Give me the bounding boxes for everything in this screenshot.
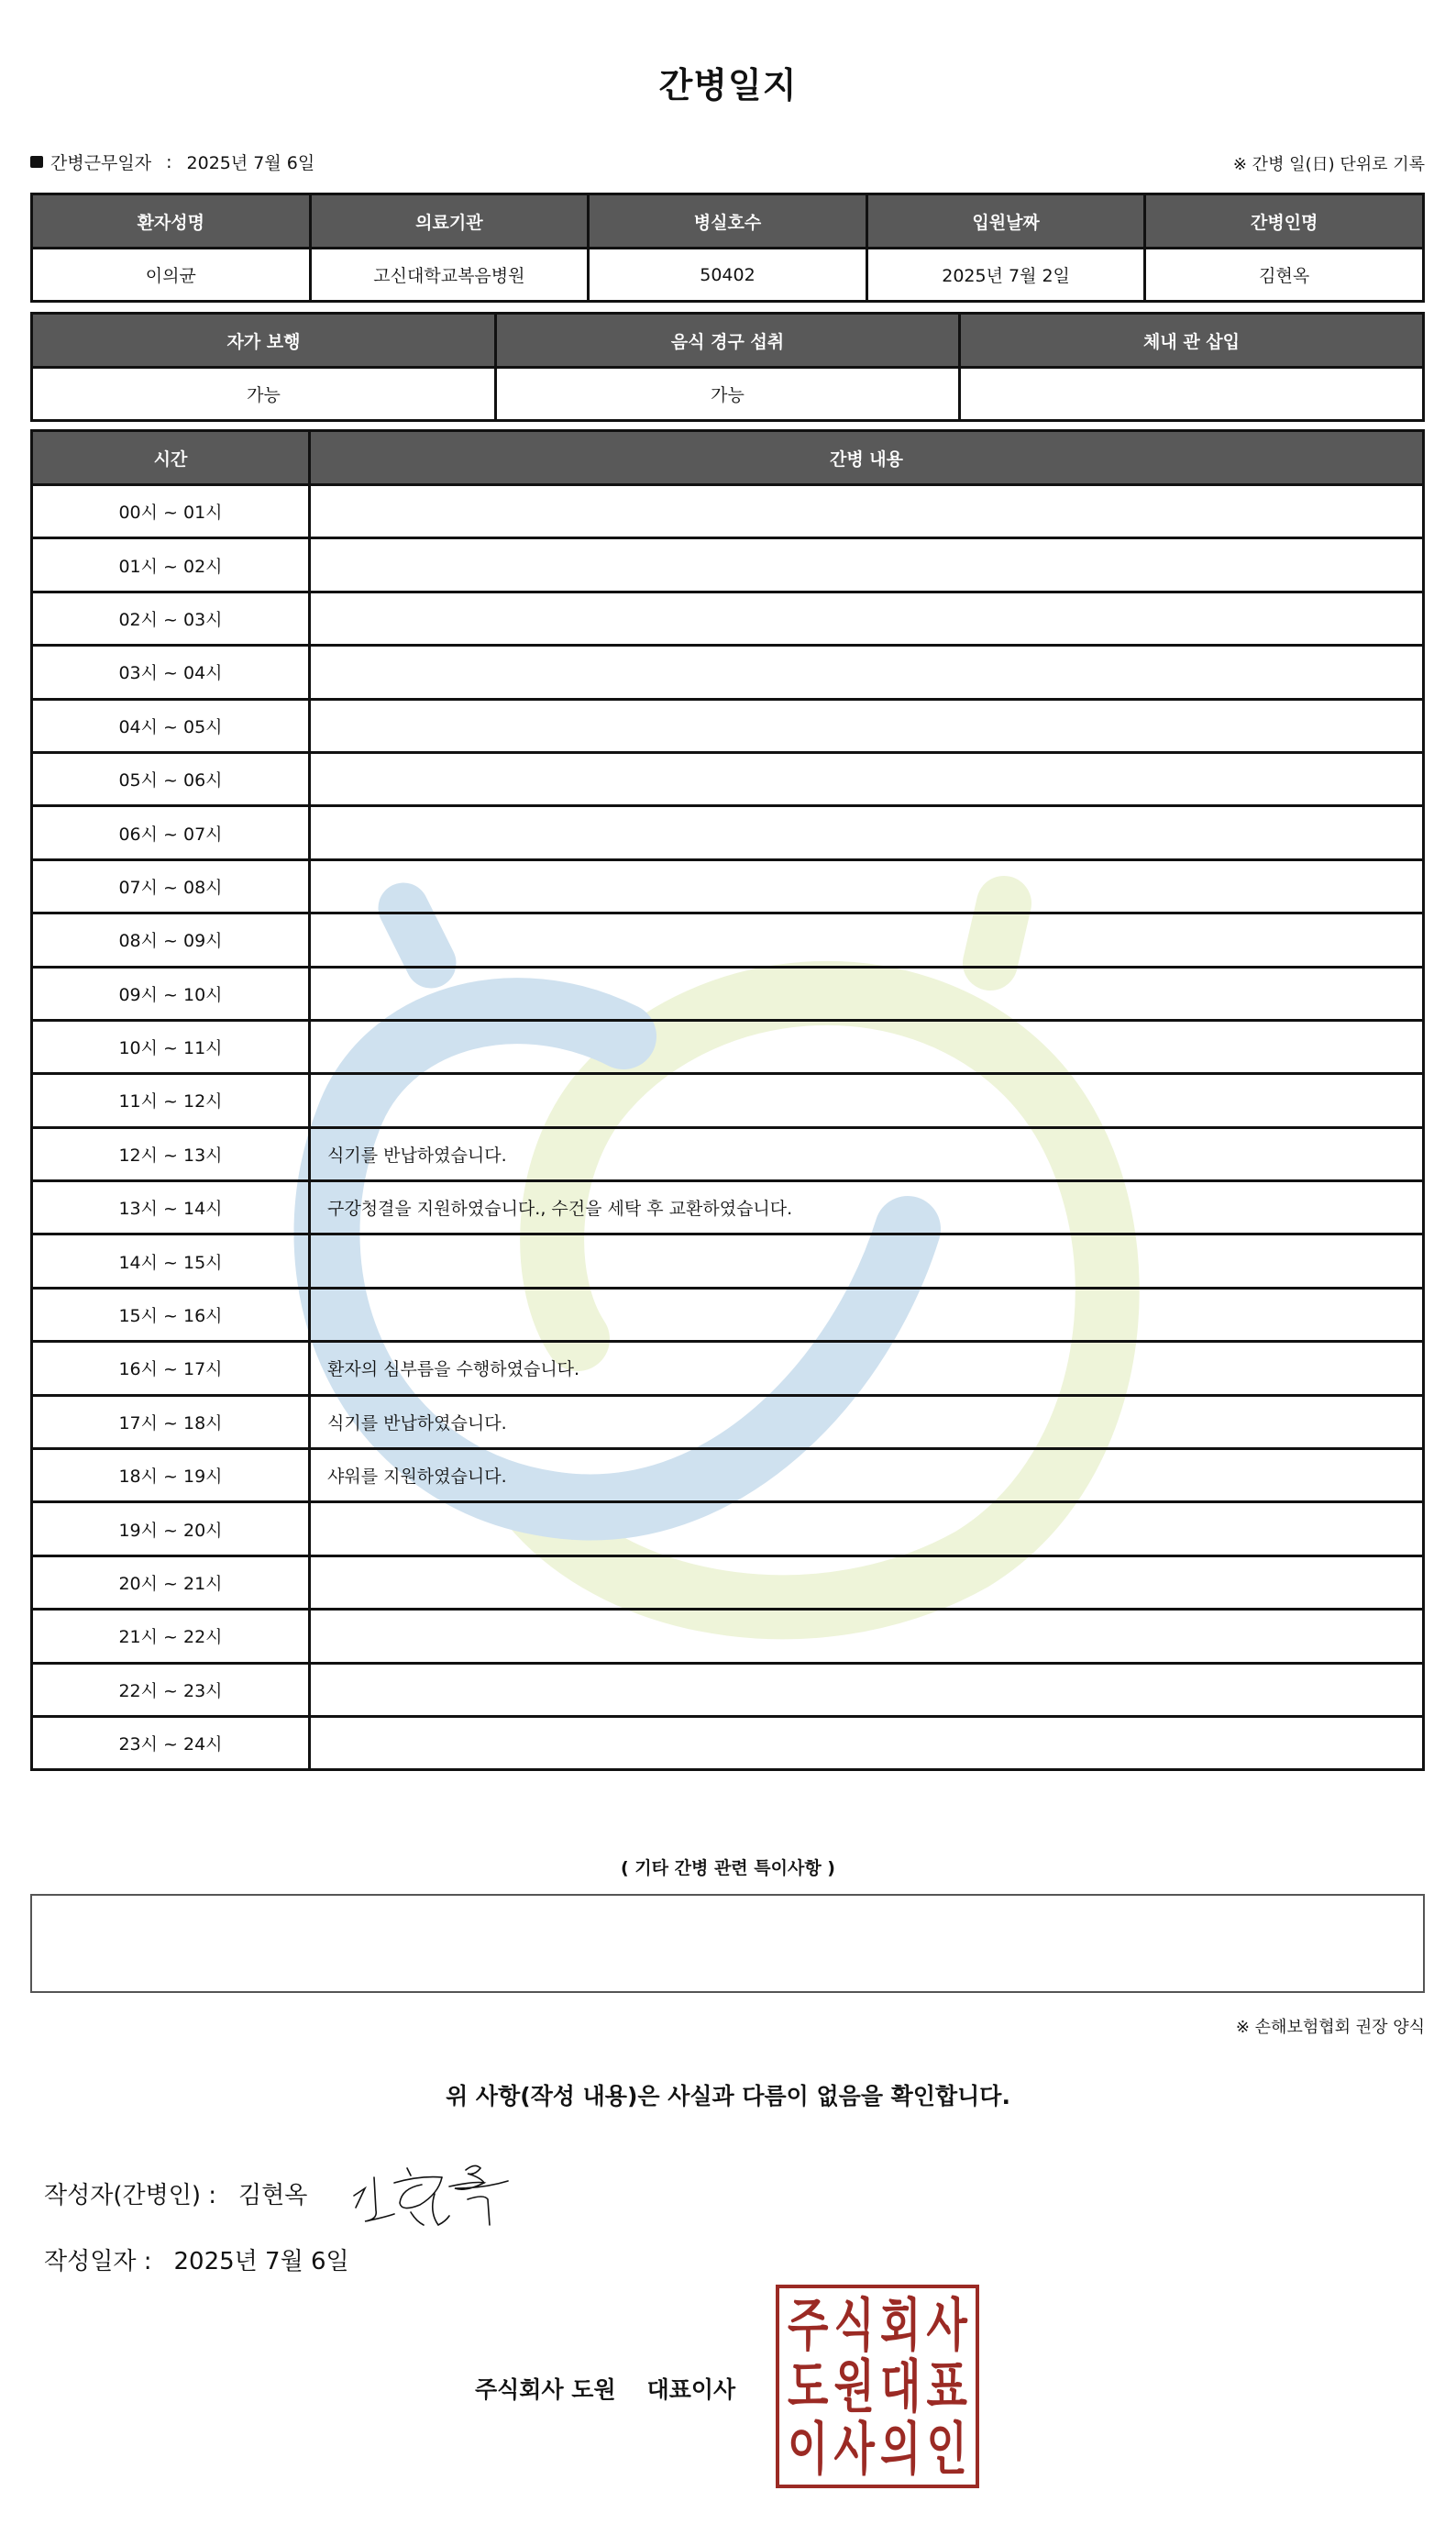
care-log-row: 09시 ~ 10시 <box>32 967 1424 1020</box>
time-slot: 19시 ~ 20시 <box>32 1502 310 1555</box>
care-log-header-row: 시간 간병 내용 <box>32 431 1424 485</box>
other-notes-field[interactable] <box>30 1894 1425 1993</box>
time-slot: 17시 ~ 18시 <box>32 1395 310 1448</box>
seal-characters: 주식회사도원대표이사의인 <box>785 2294 970 2479</box>
care-content-cell[interactable] <box>310 859 1424 913</box>
writer-label: 작성자(간병인) : <box>44 2182 216 2209</box>
time-slot: 02시 ~ 03시 <box>32 592 310 645</box>
form-source-note: ※ 손해보험협회 권장 양식 <box>1236 2014 1425 2038</box>
care-content-cell[interactable] <box>310 1663 1424 1716</box>
patient-status-header-row: 자가 보행음식 경구 섭취체내 관 삽입 <box>32 314 1424 368</box>
care-log-row: 03시 ~ 04시 <box>32 646 1424 699</box>
care-log-row: 23시 ~ 24시 <box>32 1716 1424 1769</box>
work-date: 간병근무일자 : 2025년 7월 6일 <box>30 149 314 174</box>
square-bullet-icon <box>30 156 43 168</box>
time-slot: 21시 ~ 22시 <box>32 1610 310 1663</box>
care-content-cell[interactable]: 구강청결을 지원하였습니다., 수건을 세탁 후 교환하였습니다. <box>310 1181 1424 1234</box>
care-content-cell[interactable] <box>310 592 1424 645</box>
hourly-care-log-table: 시간 간병 내용 00시 ~ 01시01시 ~ 02시02시 ~ 03시03시 … <box>30 429 1425 1771</box>
patient-status-header: 음식 경구 섭취 <box>496 314 960 368</box>
care-content-cell[interactable] <box>310 806 1424 859</box>
patient-info-header: 환자성명 <box>32 194 311 249</box>
other-notes-label: ( 기타 간병 관련 특이사항 ) <box>0 1854 1456 1879</box>
care-log-row: 16시 ~ 17시환자의 심부름을 수행하였습니다. <box>32 1342 1424 1395</box>
care-content-cell[interactable] <box>310 646 1424 699</box>
time-slot: 22시 ~ 23시 <box>32 1663 310 1716</box>
care-content-cell[interactable] <box>310 913 1424 967</box>
time-slot: 15시 ~ 16시 <box>32 1288 310 1341</box>
care-log-row: 05시 ~ 06시 <box>32 752 1424 805</box>
care-log-row: 15시 ~ 16시 <box>32 1288 1424 1341</box>
care-log-row: 13시 ~ 14시구강청결을 지원하였습니다., 수건을 세탁 후 교환하였습니… <box>32 1181 1424 1234</box>
patient-status-table: 자가 보행음식 경구 섭취체내 관 삽입 가능가능 <box>30 312 1425 422</box>
patient-info-value-row: 이의균고신대학교복음병원504022025년 7월 2일김현옥 <box>32 249 1424 302</box>
company-signatory: 주식회사 도원대표이사 <box>475 2372 735 2405</box>
care-content-cell[interactable] <box>310 1020 1424 1073</box>
care-log-row: 04시 ~ 05시 <box>32 699 1424 752</box>
care-content-cell[interactable] <box>310 1234 1424 1288</box>
work-date-label: 간병근무일자 <box>50 149 151 174</box>
patient-info-header: 입원날짜 <box>866 194 1145 249</box>
writer-line: 작성자(간병인) :김현옥 <box>44 2176 307 2210</box>
care-log-row: 06시 ~ 07시 <box>32 806 1424 859</box>
writer-name: 김현옥 <box>238 2182 307 2209</box>
time-slot: 03시 ~ 04시 <box>32 646 310 699</box>
care-content-cell[interactable] <box>310 1288 1424 1341</box>
company-seal-stamp: 주식회사도원대표이사의인 <box>776 2285 979 2488</box>
daily-record-note: ※ 간병 일(日) 단위로 기록 <box>1233 151 1425 175</box>
time-slot: 06시 ~ 07시 <box>32 806 310 859</box>
care-content-cell[interactable] <box>310 1074 1424 1127</box>
care-log-row: 07시 ~ 08시 <box>32 859 1424 913</box>
time-column-header: 시간 <box>32 431 310 485</box>
patient-status-value <box>960 368 1424 421</box>
care-content-cell[interactable] <box>310 1610 1424 1663</box>
care-log-row: 22시 ~ 23시 <box>32 1663 1424 1716</box>
care-log-row: 20시 ~ 21시 <box>32 1555 1424 1609</box>
care-content-cell[interactable]: 식기를 반납하였습니다. <box>310 1127 1424 1180</box>
page-title: 간병일지 <box>0 57 1456 107</box>
patient-status-value: 가능 <box>32 368 496 421</box>
care-content-cell[interactable] <box>310 1716 1424 1769</box>
time-slot: 04시 ~ 05시 <box>32 699 310 752</box>
handwritten-signature-icon <box>347 2157 513 2231</box>
patient-info-header: 의료기관 <box>310 194 589 249</box>
time-slot: 16시 ~ 17시 <box>32 1342 310 1395</box>
time-slot: 09시 ~ 10시 <box>32 967 310 1020</box>
care-content-cell[interactable] <box>310 967 1424 1020</box>
seal-character: 사 <box>832 2407 878 2490</box>
care-log-row: 18시 ~ 19시샤워를 지원하였습니다. <box>32 1449 1424 1502</box>
care-content-cell[interactable]: 환자의 심부름을 수행하였습니다. <box>310 1342 1424 1395</box>
time-slot: 18시 ~ 19시 <box>32 1449 310 1502</box>
care-content-cell[interactable] <box>310 699 1424 752</box>
patient-info-value: 김현옥 <box>1145 249 1424 302</box>
patient-info-value: 50402 <box>589 249 867 302</box>
work-date-value: 2025년 7월 6일 <box>187 149 315 174</box>
patient-info-header-row: 환자성명의료기관병실호수입원날짜간병인명 <box>32 194 1424 249</box>
care-log-row: 01시 ~ 02시 <box>32 538 1424 592</box>
work-date-separator: : <box>166 152 171 172</box>
care-content-cell[interactable] <box>310 1502 1424 1555</box>
patient-status-header: 자가 보행 <box>32 314 496 368</box>
care-content-cell[interactable] <box>310 1555 1424 1609</box>
care-log-row: 08시 ~ 09시 <box>32 913 1424 967</box>
care-content-cell[interactable]: 샤워를 지원하였습니다. <box>310 1449 1424 1502</box>
patient-info-value: 고신대학교복음병원 <box>310 249 589 302</box>
time-slot: 11시 ~ 12시 <box>32 1074 310 1127</box>
care-log-row: 12시 ~ 13시식기를 반납하였습니다. <box>32 1127 1424 1180</box>
patient-info-value: 이의균 <box>32 249 311 302</box>
time-slot: 01시 ~ 02시 <box>32 538 310 592</box>
patient-status-value: 가능 <box>496 368 960 421</box>
care-log-row: 21시 ~ 22시 <box>32 1610 1424 1663</box>
time-slot: 12시 ~ 13시 <box>32 1127 310 1180</box>
care-content-cell[interactable] <box>310 538 1424 592</box>
representative-title: 대표이사 <box>647 2376 736 2403</box>
time-slot: 14시 ~ 15시 <box>32 1234 310 1288</box>
care-content-column-header: 간병 내용 <box>310 431 1424 485</box>
seal-character: 이 <box>785 2407 832 2490</box>
care-log-row: 11시 ~ 12시 <box>32 1074 1424 1127</box>
confirmation-statement: 위 사항(작성 내용)은 사실과 다름이 없음을 확인합니다. <box>0 2078 1456 2111</box>
company-name: 주식회사 도원 <box>475 2376 616 2403</box>
care-log-row: 10시 ~ 11시 <box>32 1020 1424 1073</box>
patient-info-table: 환자성명의료기관병실호수입원날짜간병인명 이의균고신대학교복음병원5040220… <box>30 193 1425 303</box>
patient-status-value-row: 가능가능 <box>32 368 1424 421</box>
care-log-row: 14시 ~ 15시 <box>32 1234 1424 1288</box>
time-slot: 20시 ~ 21시 <box>32 1555 310 1609</box>
care-content-cell[interactable] <box>310 485 1424 538</box>
care-log-row: 19시 ~ 20시 <box>32 1502 1424 1555</box>
seal-character: 인 <box>924 2407 971 2490</box>
patient-info-value: 2025년 7월 2일 <box>866 249 1145 302</box>
time-slot: 07시 ~ 08시 <box>32 859 310 913</box>
time-slot: 23시 ~ 24시 <box>32 1716 310 1769</box>
time-slot: 00시 ~ 01시 <box>32 485 310 538</box>
time-slot: 08시 ~ 09시 <box>32 913 310 967</box>
care-content-cell[interactable]: 식기를 반납하였습니다. <box>310 1395 1424 1448</box>
time-slot: 05시 ~ 06시 <box>32 752 310 805</box>
patient-info-header: 병실호수 <box>589 194 867 249</box>
write-date-value: 2025년 7월 6일 <box>174 2248 349 2275</box>
care-log-row: 00시 ~ 01시 <box>32 485 1424 538</box>
care-log-row: 02시 ~ 03시 <box>32 592 1424 645</box>
nursing-log-document: 간병일지 간병근무일자 : 2025년 7월 6일 ※ 간병 일(日) 단위로 … <box>0 0 1456 2535</box>
time-slot: 13시 ~ 14시 <box>32 1181 310 1234</box>
seal-character: 의 <box>877 2407 924 2490</box>
care-log-row: 17시 ~ 18시식기를 반납하였습니다. <box>32 1395 1424 1448</box>
write-date-line: 작성일자 :2025년 7월 6일 <box>44 2242 349 2276</box>
care-content-cell[interactable] <box>310 752 1424 805</box>
time-slot: 10시 ~ 11시 <box>32 1020 310 1073</box>
patient-info-header: 간병인명 <box>1145 194 1424 249</box>
patient-status-header: 체내 관 삽입 <box>960 314 1424 368</box>
write-date-label: 작성일자 : <box>44 2248 152 2275</box>
